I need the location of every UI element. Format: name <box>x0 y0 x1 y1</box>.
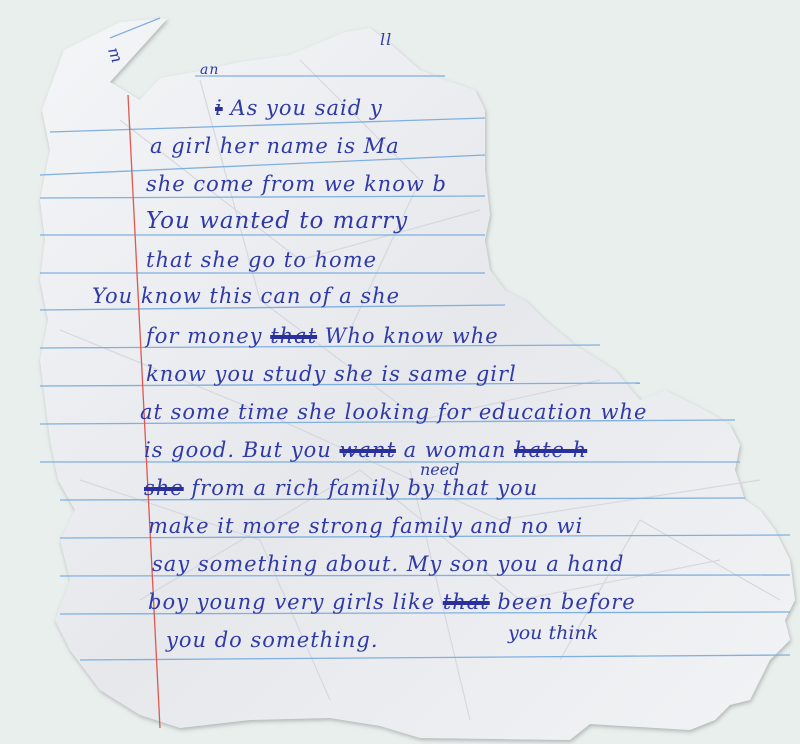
note-line-13: say something about. My son you a hand <box>152 552 624 576</box>
struck-word: she <box>144 476 184 500</box>
line-text-rest: Who know whe <box>317 324 499 348</box>
note-line-1: i As you said y <box>215 96 383 120</box>
note-line-2: a girl her name is Ma <box>150 134 400 158</box>
line-text: As you said y <box>230 96 382 120</box>
note-line-5: that she go to home <box>146 248 377 272</box>
line-text: boy young very girls like <box>148 590 443 614</box>
line-text: for money <box>146 324 270 348</box>
struck-word: that <box>270 324 317 348</box>
line-text-rest: a woman <box>396 438 514 462</box>
struck-word: that <box>443 590 490 614</box>
note-line-11: she from a rich family by that you <box>144 476 538 500</box>
note-line-7: for money that Who know whe <box>146 324 499 348</box>
note-line-4: You wanted to marry <box>146 208 408 234</box>
note-line-10: is good. But you want a woman hate h <box>144 438 587 462</box>
struck-word-end: hate h <box>514 438 587 462</box>
line-text-rest: from a rich family by that you <box>184 476 538 500</box>
note-fragment-top: ll <box>380 30 392 49</box>
note-line-6: You know this can of a she <box>92 284 400 308</box>
line-text-rest: been before <box>490 590 636 614</box>
note-line-14: boy young very girls like that been befo… <box>148 590 636 614</box>
insertion-you-think: you think <box>508 622 598 644</box>
note-line-12: make it more strong family and no wi <box>148 514 583 538</box>
scanned-note-scene: m ll an i As you said y a girl her name … <box>0 0 800 744</box>
note-line-15: you do something. <box>166 628 379 652</box>
note-fragment-an: an <box>200 62 219 78</box>
note-line-8: know you study she is same girl <box>146 362 517 386</box>
note-line-3: she come from we know b <box>146 172 447 196</box>
note-line-9: at some time she looking for education w… <box>140 400 647 424</box>
struck-word: i <box>215 96 223 120</box>
line-text: is good. But you <box>144 438 339 462</box>
struck-word: want <box>339 438 395 462</box>
